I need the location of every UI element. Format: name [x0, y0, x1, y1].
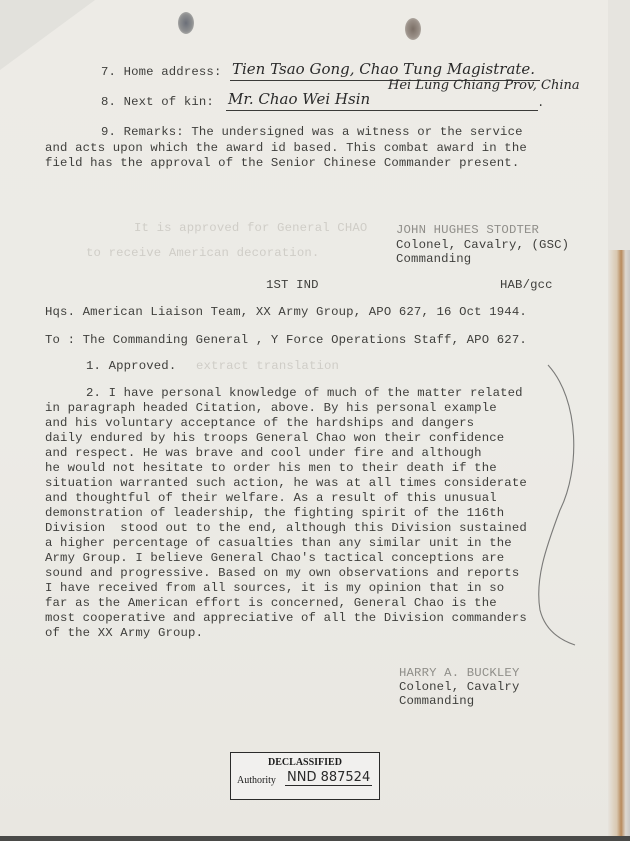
- stamp-authority-label: Authority: [237, 775, 276, 786]
- margin-pencil-mark: [0, 0, 630, 841]
- declassified-stamp: DECLASSIFIED Authority NND 887524: [230, 752, 380, 800]
- stamp-authority-value: NND 887524: [285, 770, 372, 786]
- stamp-title: DECLASSIFIED: [231, 757, 379, 768]
